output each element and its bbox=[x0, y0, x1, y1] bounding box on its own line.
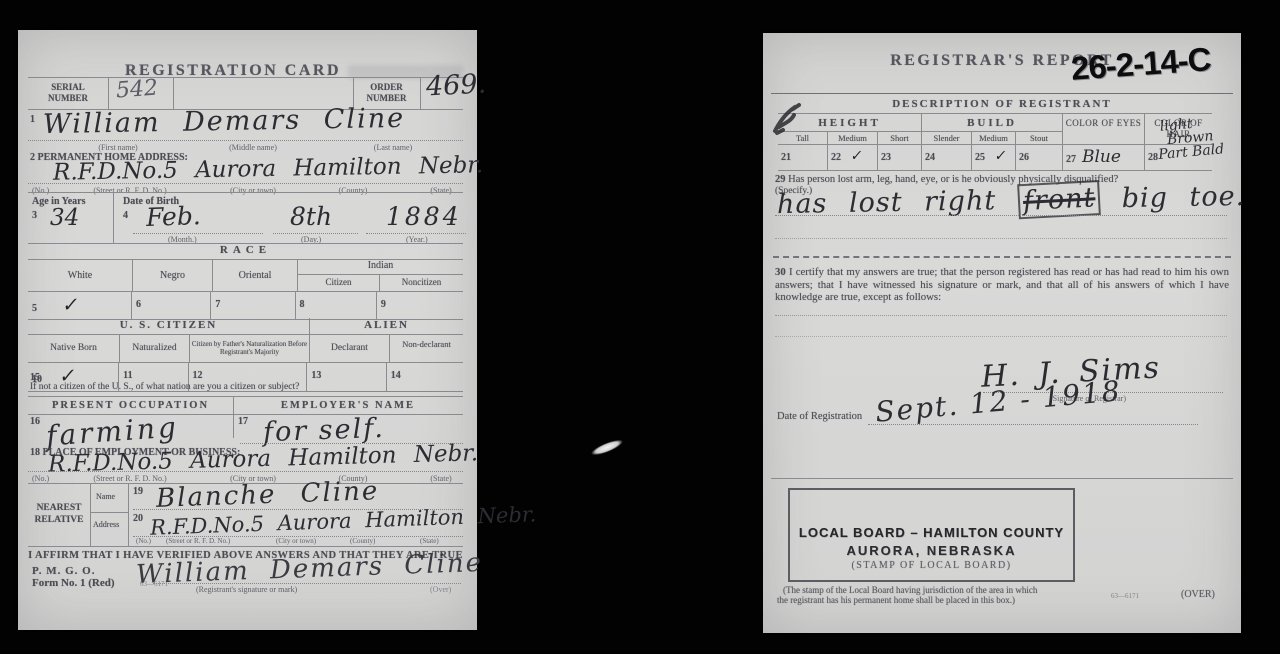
field-number: 19 bbox=[133, 486, 143, 497]
race-cell: 5 ✓ bbox=[28, 292, 132, 319]
serial-number-label: SERIAL NUMBER bbox=[32, 82, 104, 104]
checkmark-icon: ✓ bbox=[61, 293, 80, 317]
dotted-line bbox=[366, 233, 466, 234]
citizen-col-declarant: Declarant bbox=[310, 335, 390, 362]
cell-number: 23 bbox=[881, 152, 891, 163]
q29-answer-struck: front bbox=[1017, 180, 1101, 219]
desc-cell: 23 bbox=[878, 145, 922, 170]
footnote-line2: the registrant has his permanent home sh… bbox=[777, 595, 1015, 605]
us-citizen-header: U. S. CITIZEN bbox=[28, 318, 310, 334]
race-col-indian-noncitizen: Noncitizen bbox=[380, 275, 463, 292]
cell-number: 24 bbox=[925, 152, 935, 163]
race-cell: 8 bbox=[296, 292, 377, 319]
race-table: RACE White Negro Oriental Indian Citizen… bbox=[28, 243, 463, 320]
footnote-line1: (The stamp of the Local Board having jur… bbox=[783, 585, 1037, 595]
cell-number: 8 bbox=[300, 299, 305, 310]
employment-state-label: (State) bbox=[416, 474, 466, 483]
over-note: (OVER) bbox=[1181, 589, 1215, 600]
desc-cell: 25 ✓ bbox=[972, 145, 1016, 170]
dotted-line bbox=[133, 233, 263, 234]
q30-statement: I certify that my answers are true; that… bbox=[775, 266, 1229, 303]
order-number-value: 469. bbox=[425, 68, 487, 102]
citizen-col-nondeclarant: Non-declarant bbox=[390, 335, 463, 362]
registration-date-label: Date of Registration bbox=[777, 411, 862, 422]
dotted-line bbox=[868, 424, 1198, 425]
divider bbox=[233, 413, 234, 438]
citizen-col-father: Citizen by Father's Naturalization Befor… bbox=[190, 335, 310, 362]
relative-city-label: (City or town) bbox=[276, 537, 316, 545]
birth-day-value: 8th bbox=[290, 202, 332, 231]
registration-card: REGISTRATION CARD SERIAL NUMBER 542 ORDE… bbox=[18, 30, 477, 630]
nearest-relative-block: NEAREST RELATIVE Name Address 19 Blanche… bbox=[28, 483, 463, 547]
cell-number: 9 bbox=[381, 299, 386, 310]
classification-stamp: 26-2-14-C bbox=[1070, 40, 1212, 88]
occupation-header-row: PRESENT OCCUPATION EMPLOYER'S NAME bbox=[28, 396, 463, 415]
desc-cell: 21 bbox=[778, 145, 828, 170]
ink-scribble bbox=[769, 101, 821, 139]
field-number: 1 bbox=[30, 114, 35, 125]
cell-number: 27 bbox=[1066, 154, 1076, 165]
relative-street-label: (Street or R. F. D. No.) bbox=[166, 537, 230, 545]
dotted-line bbox=[28, 140, 463, 141]
citizen-table: U. S. CITIZEN ALIEN Native Born Naturali… bbox=[28, 318, 463, 392]
race-title: RACE bbox=[28, 244, 463, 260]
dotted-line bbox=[775, 336, 1227, 337]
dotted-line bbox=[333, 391, 463, 392]
first-name-label: (First name) bbox=[73, 143, 163, 152]
race-cell: 6 bbox=[132, 292, 211, 319]
cell-number: 26 bbox=[1019, 152, 1029, 163]
hair-value-line: Part Bald bbox=[1158, 142, 1225, 162]
citizen-cell: 14 bbox=[387, 363, 463, 391]
print-code: 63—6171 bbox=[1111, 592, 1139, 600]
cell-number: 5 bbox=[32, 303, 37, 314]
cell-number: 25 bbox=[975, 152, 985, 163]
registrars-report-card: REGISTRAR'S REPORT 26-2-14-C DESCRIPTION… bbox=[763, 33, 1241, 633]
relative-no-label: (No.) bbox=[136, 537, 151, 545]
last-name-label: (Last name) bbox=[348, 143, 438, 152]
build-col-slender: Slender bbox=[922, 132, 972, 145]
employer-header: EMPLOYER'S NAME bbox=[233, 397, 463, 414]
divider bbox=[420, 78, 421, 109]
description-table: HEIGHT BUILD COLOR OF EYES COLOR OF HAIR… bbox=[778, 113, 1212, 171]
dashed-rule bbox=[773, 256, 1231, 258]
registrant-signature-label: (Registrant's signature or mark) bbox=[196, 585, 297, 594]
divider bbox=[128, 484, 129, 546]
over-note: (Over) bbox=[430, 585, 451, 594]
middle-name-label: (Middle name) bbox=[203, 143, 303, 152]
desc-cell: 22 ✓ bbox=[828, 145, 878, 170]
field-number: 18 bbox=[30, 447, 40, 458]
age-value: 34 bbox=[50, 205, 79, 231]
section-title: DESCRIPTION OF REGISTRANT bbox=[763, 98, 1241, 110]
checkmark-icon: ✓ bbox=[850, 147, 864, 164]
race-col-oriental: Oriental bbox=[213, 260, 298, 291]
desc-cell: 24 bbox=[922, 145, 972, 170]
eyes-cell: 27 Blue bbox=[1063, 145, 1145, 170]
cell-number: 28 bbox=[1148, 152, 1158, 163]
cell-number: 13 bbox=[311, 370, 321, 381]
dotted-line bbox=[273, 233, 358, 234]
rule bbox=[771, 93, 1233, 94]
birth-month-value: Feb. bbox=[146, 201, 202, 232]
checkmark-icon: ✓ bbox=[994, 147, 1008, 164]
divider bbox=[113, 193, 114, 244]
dotted-line bbox=[775, 315, 1227, 316]
divider bbox=[90, 484, 91, 546]
nearest-relative-label: NEAREST RELATIVE bbox=[28, 502, 90, 526]
divider bbox=[108, 78, 109, 109]
local-board-stamp-box: LOCAL BOARD – HAMILTON COUNTY AURORA, NE… bbox=[788, 488, 1075, 582]
birth-year-value: 1884 bbox=[386, 202, 462, 231]
race-col-negro: Negro bbox=[133, 260, 213, 291]
build-header: BUILD bbox=[922, 114, 1063, 132]
height-col-short: Short bbox=[878, 132, 922, 145]
build-col-stout: Stout bbox=[1016, 132, 1063, 145]
rule bbox=[771, 478, 1233, 479]
local-board-stamp-line2: AURORA, NEBRASKA bbox=[790, 543, 1073, 558]
cell-number: 12 bbox=[193, 370, 203, 381]
citizen-col-naturalized: Naturalized bbox=[120, 335, 190, 362]
employment-street-label: (Street or R. F. D. No.) bbox=[70, 474, 190, 483]
race-cell: 9 bbox=[377, 292, 463, 319]
divider bbox=[90, 512, 128, 513]
cell-number: 6 bbox=[136, 299, 141, 310]
field-number: 17 bbox=[238, 416, 248, 427]
field-number: 20 bbox=[133, 513, 143, 524]
order-number-label: ORDER NUMBER bbox=[356, 82, 417, 104]
form-id: Form No. 1 (Red) bbox=[32, 577, 114, 589]
relative-address-label: Address bbox=[93, 520, 119, 529]
hair-value: light Brown Part Bald bbox=[1159, 114, 1224, 161]
field-number: 29 bbox=[775, 174, 786, 185]
employment-no-label: (No.) bbox=[32, 474, 49, 483]
scan-background: REGISTRATION CARD SERIAL NUMBER 542 ORDE… bbox=[0, 0, 1280, 654]
relative-county-label: (County) bbox=[350, 537, 375, 545]
occupation-header: PRESENT OCCUPATION bbox=[28, 397, 233, 414]
field-number: 16 bbox=[30, 416, 40, 427]
race-cell: 7 bbox=[211, 292, 295, 319]
cell-number: 11 bbox=[123, 370, 132, 381]
serial-number-value: 542 bbox=[115, 76, 159, 104]
eyes-header: COLOR OF EYES bbox=[1063, 114, 1145, 145]
relative-name-label: Name bbox=[96, 492, 115, 501]
divider bbox=[173, 78, 174, 109]
dotted-line bbox=[775, 215, 1227, 216]
relative-state-label: (State) bbox=[420, 537, 439, 545]
build-col-medium: Medium bbox=[972, 132, 1016, 145]
age-birth-row: Age in Years 3 34 Date of Birth 4 Feb. 8… bbox=[28, 192, 463, 244]
field-number: 3 bbox=[32, 210, 37, 221]
cell-number: 21 bbox=[781, 152, 791, 163]
field-number: 4 bbox=[123, 210, 128, 221]
height-col-medium: Medium bbox=[828, 132, 878, 145]
citizen-cell: 13 bbox=[307, 363, 386, 391]
scan-scratch-mark bbox=[590, 437, 625, 458]
eyes-value: Blue bbox=[1082, 147, 1121, 167]
race-col-white: White bbox=[28, 260, 133, 291]
dotted-line bbox=[775, 238, 1227, 239]
race-col-indian: Indian bbox=[298, 260, 463, 275]
alien-header: ALIEN bbox=[310, 318, 463, 334]
form-org: P. M. G. O. bbox=[32, 565, 95, 577]
local-board-stamp-line1: LOCAL BOARD – HAMILTON COUNTY bbox=[790, 525, 1073, 540]
dotted-line bbox=[28, 183, 463, 184]
dotted-line bbox=[153, 583, 461, 584]
desc-cell: 26 bbox=[1016, 145, 1063, 170]
cell-number: 7 bbox=[215, 299, 220, 310]
registrant-name-value: William Demars Cline bbox=[43, 103, 406, 140]
dotted-line bbox=[28, 471, 463, 472]
stamp-of-local-board-label: (STAMP OF LOCAL BOARD) bbox=[790, 560, 1073, 571]
q29-answer-post: big toe. bbox=[1121, 181, 1245, 214]
citizen-col-native: Native Born bbox=[28, 335, 120, 362]
field-number: 2 bbox=[30, 152, 35, 163]
q15-text: If not a citizen of the U. S., of what n… bbox=[30, 382, 299, 392]
field-number: 30 bbox=[775, 266, 786, 278]
cell-number: 14 bbox=[391, 370, 401, 381]
race-col-indian-citizen: Citizen bbox=[298, 275, 380, 292]
cell-number: 22 bbox=[831, 152, 841, 163]
q30-text: 30 I certify that my answers are true; t… bbox=[775, 266, 1229, 304]
